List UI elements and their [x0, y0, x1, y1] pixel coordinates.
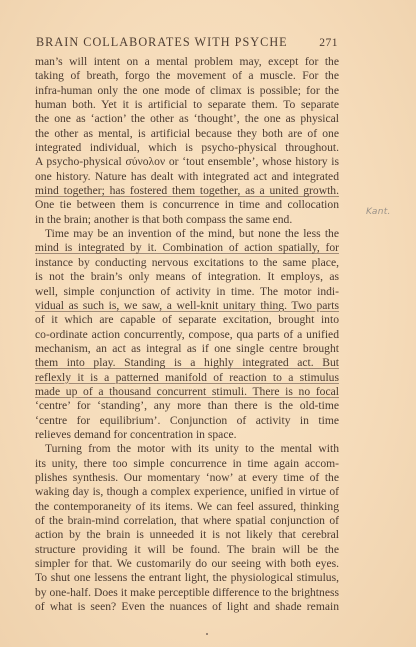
text-line: relieves demand for concentration in spa… [35, 428, 339, 442]
text-line: of it which are capable of separate exci… [35, 313, 339, 327]
text-line: the contemporaneity of its items. We can… [35, 500, 339, 514]
text-line-underlined: well, simple conjunction of activity in … [35, 285, 339, 299]
text-line: infra-human only the one mode of climax … [35, 84, 339, 98]
body-text: man’s will intent on a mental problem ma… [35, 55, 339, 614]
text-line: of the brain-mind correlation, that wher… [35, 514, 339, 528]
text-line: plishes synthesis. Our momentary ‘now’ a… [35, 471, 339, 485]
text-line: A psycho-physical σύνολον or ‘tout ensem… [35, 155, 339, 169]
text-line: by one-half. Does it make perceptible di… [35, 586, 339, 600]
text-line-underlined: them into play. Standing is a highly int… [35, 356, 339, 370]
text-line: waking day is, though a complex experien… [35, 485, 339, 499]
paper-speck [206, 633, 208, 635]
page-number: 271 [319, 37, 338, 49]
text-line: One tie between them is concurrence in t… [35, 198, 339, 212]
text-line-underlined: one history. Nature has dealt with integ… [35, 170, 339, 184]
running-head: BRAIN COLLABORATES WITH PSYCHE 271 [36, 35, 338, 50]
text-line: its unity, there too simple concurrence … [35, 457, 339, 471]
text-line-underlined: mind together; has fostered them togethe… [35, 184, 339, 198]
text-line-underlined: reflexly it is a patterned manifold of r… [35, 371, 339, 385]
text-line: co-ordinate action concurrently, compose… [35, 328, 339, 342]
text-line: man’s will intent on a mental problem ma… [35, 55, 339, 69]
text-line: structure providing it will be found. Th… [35, 543, 339, 557]
text-line: is not the brain’s only means of integra… [35, 270, 339, 284]
text-line: mechanism, an act as integral as if one … [35, 342, 339, 356]
text-line-underlined: made up of a thousand concurrent stimuli… [35, 385, 339, 399]
text-line: simpler for that. We customarily do our … [35, 557, 339, 571]
text-line: ‘centre for equilibrium’. Conjunction of… [35, 414, 339, 428]
paragraph-start-line: Time may be an invention of the mind, bu… [35, 227, 339, 241]
text-line: the one as ‘action’ the other as ‘though… [35, 112, 339, 126]
text-line-underlined: vidual as such is, we saw, a well-knit u… [35, 299, 339, 313]
text-line: integrated individual, which is psycho-p… [35, 141, 339, 155]
text-line: human both. Yet it is artificial to sepa… [35, 98, 339, 112]
chapter-title: BRAIN COLLABORATES WITH PSYCHE [36, 35, 288, 50]
text-line: action by the brain is unneeded it is no… [35, 528, 339, 542]
text-line: instance by conducting nervous excitatio… [35, 256, 339, 270]
text-line: To shut one lessens the entrant light, t… [35, 571, 339, 585]
book-page: BRAIN COLLABORATES WITH PSYCHE 271 man’s… [0, 0, 416, 647]
text-line-underlined: mind is integrated by it. Combination of… [35, 241, 339, 255]
text-line: in the brain; another is that both compa… [35, 213, 339, 227]
text-line: ‘centre’ for ‘standing’, any more than t… [35, 399, 339, 413]
paragraph-start-line: Turning from the motor with its unity to… [35, 442, 339, 456]
text-line: the other as mental, is artificial becau… [35, 127, 339, 141]
text-line: of what is seen? Even the nuances of lig… [35, 600, 339, 614]
handwritten-margin-note: Kant. [366, 207, 391, 217]
text-line: taking of breath, forgo the movement of … [35, 69, 339, 83]
